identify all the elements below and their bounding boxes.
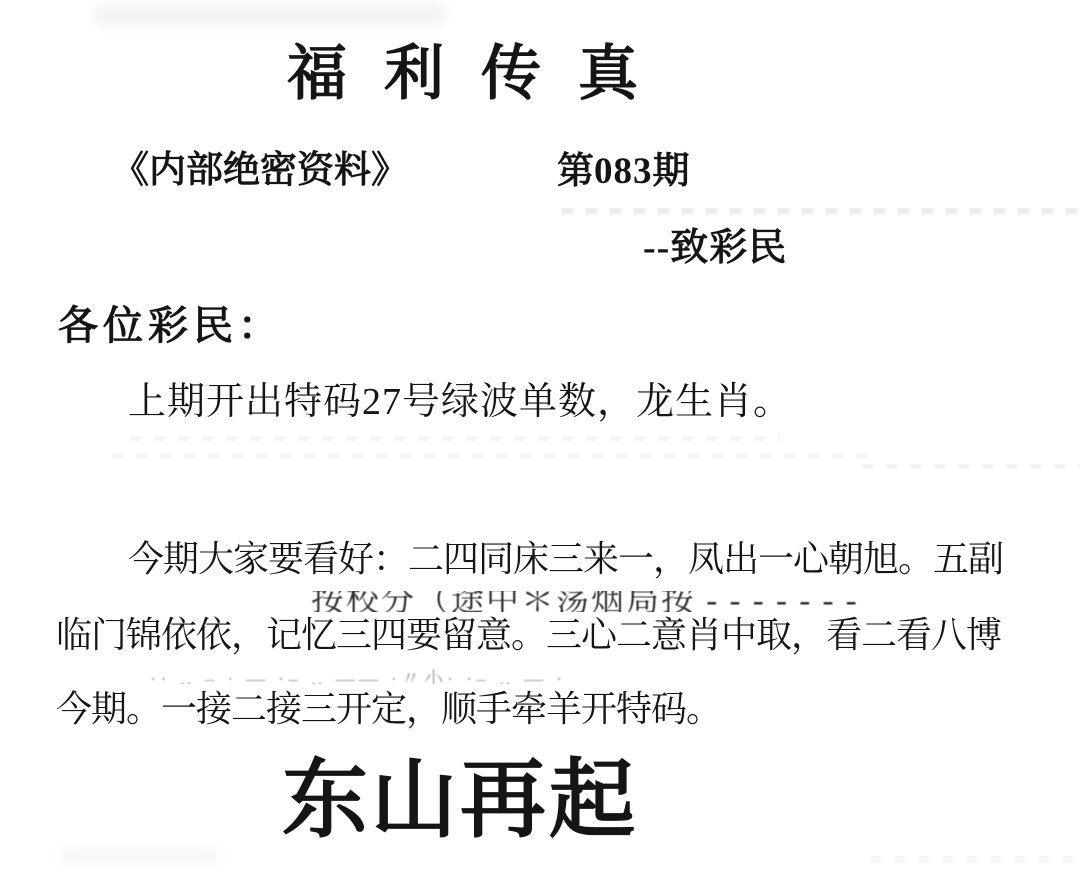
erased-text-smudge-1-fragments: ｀按校分（途中＊荡烟局按 - - - - - - - - - - - - - 同… — [276, 591, 862, 612]
scan-noise-band — [562, 208, 1080, 214]
tip-paragraph-line-3: 今期。一接二接三开定，顺手牵羊开特码。 — [56, 690, 721, 729]
classification-label: 《内部绝密资料》 — [112, 151, 408, 191]
issue-number: 第083期 — [557, 152, 690, 192]
tip-paragraph-line-2: 临门锦依依，记忆三四要留意。三心二意肖中取，看二看八博 — [56, 616, 1001, 655]
scan-noise-band — [862, 464, 1080, 469]
dedication-line: --致彩民 — [643, 228, 787, 269]
masthead-title: 福利传真 — [287, 42, 675, 107]
issue-digits: 083 — [594, 151, 653, 192]
scan-noise-band — [870, 856, 1080, 863]
scan-noise-blob — [95, 4, 445, 26]
salutation-line: 各位彩民： — [58, 304, 283, 347]
scan-noise-blob — [60, 848, 220, 862]
issue-prefix: 第 — [557, 151, 594, 192]
scan-noise-band — [130, 436, 780, 441]
erased-text-smudge-1: ｀按校分（途中＊荡烟局按 - - - - - - - - - - - - - 同… — [276, 591, 862, 612]
fax-document-page: 福利传真 《内部绝密资料》 第083期 --致彩民 各位彩民： 上期开出特码27… — [0, 0, 1080, 896]
previous-result-line: 上期开出特码27号绿波单数，龙生肖。 — [128, 382, 792, 423]
issue-suffix: 期 — [653, 151, 690, 192]
erased-text-smudge-2: ·· ‥ – · — ·– ‥ —— ·〃小· ·– ‥ — · — [150, 668, 880, 684]
tip-paragraph-line-1: 今期大家要看好：二四同床三来一，凤出一心朝旭。五副 — [128, 540, 1003, 579]
scan-noise-band — [112, 453, 872, 458]
slogan-text: 东山再起 — [282, 754, 638, 847]
erased-text-smudge-2-fragments: ·· ‥ – · — ·– ‥ —— ·〃小· ·– ‥ — · — [150, 668, 880, 684]
